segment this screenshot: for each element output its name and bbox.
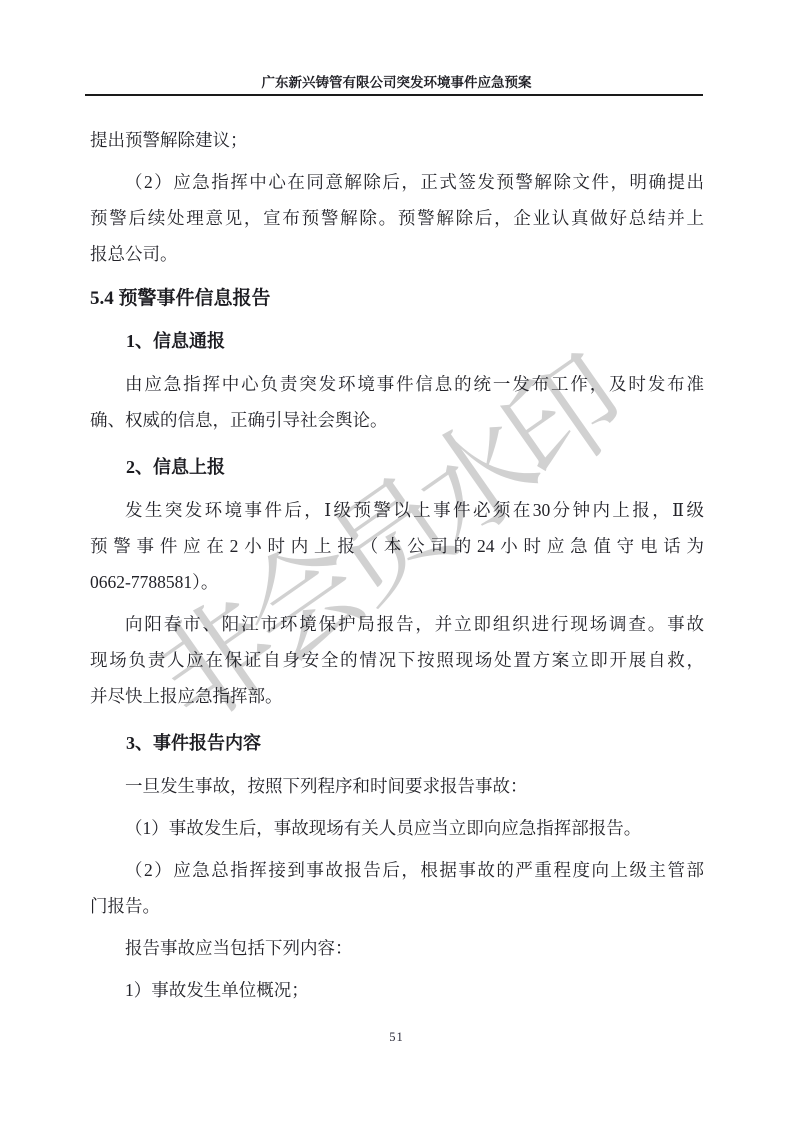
paragraph: （2）应急指挥中心在同意解除后，正式签发预警解除文件，明确提出预警后续处理意见，… xyxy=(90,164,704,272)
page-header-title: 广东新兴铸管有限公司突发环境事件应急预案 xyxy=(0,74,793,92)
text-line: 预警后续处理意见，宣布预警解除。预警解除后，企业认真做好总结并上 xyxy=(90,200,704,236)
sub-heading: 2、信息上报 xyxy=(90,452,704,482)
header-rule xyxy=(85,94,703,96)
page-number: 51 xyxy=(389,1030,404,1044)
paragraph: 一旦发生事故，按照下列程序和时间要求报告事故： xyxy=(90,768,704,804)
text-line: 1）事故发生单位概况； xyxy=(90,972,704,1008)
paragraph: （2）应急总指挥接到事故报告后，根据事故的严重程度向上级主管部门报告。 xyxy=(90,852,704,924)
text-line: （2）应急指挥中心在同意解除后，正式签发预警解除文件，明确提出 xyxy=(90,164,704,200)
text-line: 并尽快上报应急指挥部。 xyxy=(90,678,704,714)
sub-heading: 3、事件报告内容 xyxy=(90,728,704,758)
text-line: 确、权威的信息，正确引导社会舆论。 xyxy=(90,402,704,438)
document-body: 提出预警解除建议；（2）应急指挥中心在同意解除后，正式签发预警解除文件，明确提出… xyxy=(90,122,704,1008)
page-footer: 51 xyxy=(0,1028,793,1046)
sub-heading: 1、信息通报 xyxy=(90,326,704,356)
text-line: 0662-7788581）。 xyxy=(90,564,704,600)
paragraph: 提出预警解除建议； xyxy=(90,122,704,158)
text-line: 报告事故应当包括下列内容： xyxy=(90,930,704,966)
text-line: 门报告。 xyxy=(90,888,704,924)
paragraph: 由应急指挥中心负责突发环境事件信息的统一发布工作，及时发布准确、权威的信息，正确… xyxy=(90,366,704,438)
text-line: （1）事故发生后，事故现场有关人员应当立即向应急指挥部报告。 xyxy=(90,810,704,846)
text-line: 5.4 预警事件信息报告 xyxy=(90,286,704,312)
text-line: 由应急指挥中心负责突发环境事件信息的统一发布工作，及时发布准 xyxy=(90,366,704,402)
paragraph: 向阳春市、阳江市环境保护局报告，并立即组织进行现场调查。事故现场负责人应在保证自… xyxy=(90,606,704,714)
section-heading: 5.4 预警事件信息报告 xyxy=(90,286,704,312)
text-line: 一旦发生事故，按照下列程序和时间要求报告事故： xyxy=(90,768,704,804)
text-line: 报总公司。 xyxy=(90,236,704,272)
paragraph: 报告事故应当包括下列内容： xyxy=(90,930,704,966)
text-line: 现场负责人应在保证自身安全的情况下按照现场处置方案立即开展自救， xyxy=(90,642,704,678)
text-line: （2）应急总指挥接到事故报告后，根据事故的严重程度向上级主管部 xyxy=(90,852,704,888)
text-line: 1、信息通报 xyxy=(126,326,704,356)
text-line: 发生突发环境事件后，Ⅰ级预警以上事件必须在30分钟内上报，Ⅱ级 xyxy=(90,492,704,528)
text-line: 3、事件报告内容 xyxy=(126,728,704,758)
paragraph: 1）事故发生单位概况； xyxy=(90,972,704,1008)
text-line: 提出预警解除建议； xyxy=(90,122,704,158)
text-line: 向阳春市、阳江市环境保护局报告，并立即组织进行现场调查。事故 xyxy=(90,606,704,642)
document-page: 非会员水印 广东新兴铸管有限公司突发环境事件应急预案 提出预警解除建议；（2）应… xyxy=(0,0,793,1122)
paragraph: 发生突发环境事件后，Ⅰ级预警以上事件必须在30分钟内上报，Ⅱ级预警事件应在2小时… xyxy=(90,492,704,600)
text-line: 2、信息上报 xyxy=(126,452,704,482)
paragraph: （1）事故发生后，事故现场有关人员应当立即向应急指挥部报告。 xyxy=(90,810,704,846)
text-line: 预警事件应在2小时内上报（本公司的24小时应急值守电话为 xyxy=(90,528,704,564)
